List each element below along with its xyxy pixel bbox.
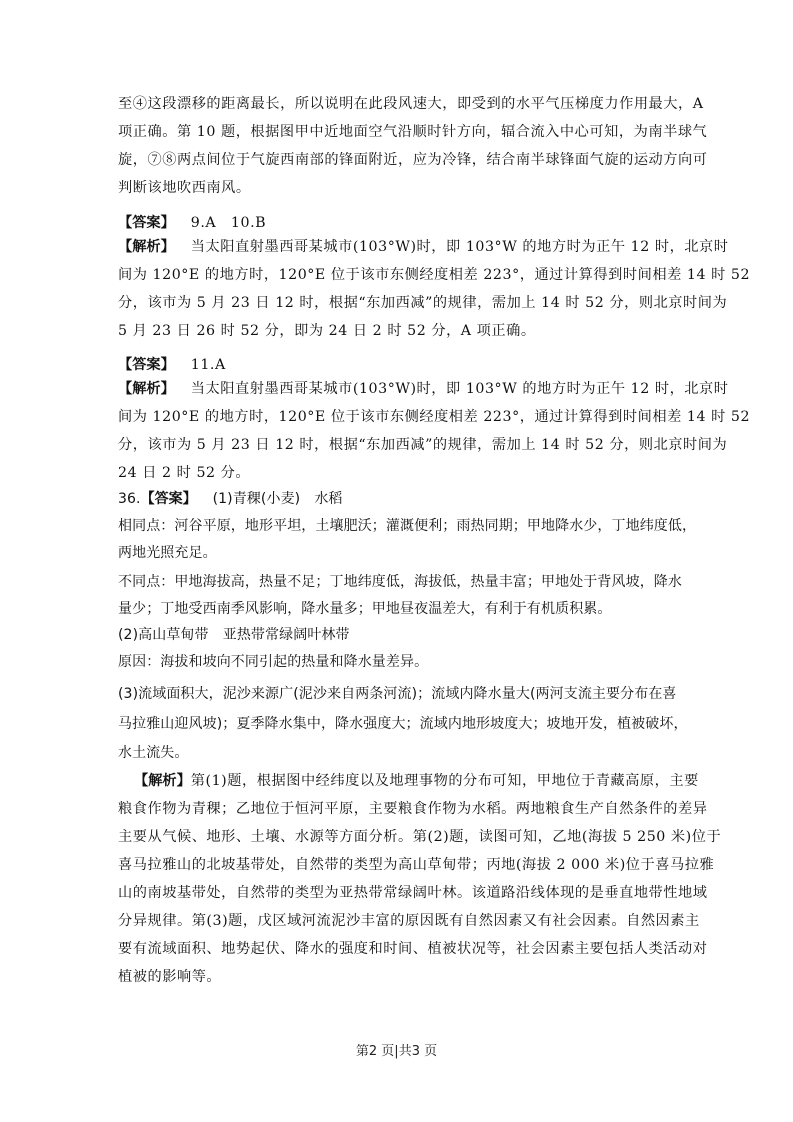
text-line: 粮食作物为青稞；乙地位于恒河平原，主要粮食作物为水稻。两地粮食生产自然条件的差异 (118, 799, 674, 819)
analysis-line: 【解析】当太阳直射墨西哥某城市(103°W)时，即 103°W 的地方时为正午 … (118, 379, 674, 399)
text-line: 旋，⑦⑧两点间位于气旋西南部的锋面附近，应为冷锋，结合南半球锋面气旋的运动方向可 (118, 150, 674, 170)
analysis-line: 【解析】当太阳直射墨西哥某城市(103°W)时，即 103°W 的地方时为正午 … (118, 237, 674, 257)
text-line: 不同点：甲地海拔高，热量不足；丁地纬度低，海拔低，热量丰富；甲地处于背风坡，降水 (118, 572, 674, 592)
text-line: 分，该市为 5 月 23 日 12 时，根据“东加西减”的规律，需加上 14 时… (118, 293, 674, 313)
text-line: 相同点：河谷平原，地形平坦，土壤肥沃；灌溉便利；雨热同期；甲地降水少，丁地纬度低… (118, 516, 674, 536)
text-line: 两地光照充足。 (118, 543, 674, 563)
analysis-tag: 【解析】 (118, 381, 175, 397)
answer-tag: 【答案】 (118, 357, 175, 373)
answer-line: 【答案】9.A 10.B (118, 213, 674, 233)
text-line: 分异规律。第(3)题，戊区域河流泥沙丰富的原因既有自然因素又有社会因素。自然因素… (118, 911, 674, 931)
text-line: 间为 120°E 的地方时，120°E 位于该市东侧经度相差 223°，通过计算… (118, 265, 674, 285)
text-line: 判断该地吹西南风。 (118, 178, 674, 198)
text-line: 分，该市为 5 月 23 日 12 时，根据“东加西减”的规律，需加上 14 时… (118, 435, 674, 455)
text-line: 主要从气候、地形、土壤、水源等方面分析。第(2)题，读图可知，乙地(海拔 5 2… (118, 827, 674, 847)
text-line: 植被的影响等。 (118, 967, 674, 987)
text-line: 项正确。第 10 题，根据图甲中近地面空气沿顺时针方向，辐合流入中心可知，为南半… (118, 122, 674, 142)
answer-tag: 【答案】 (141, 491, 197, 507)
text-line: 原因：海拔和坡向不同引起的热量和降水量差异。 (118, 652, 674, 672)
text-line: 24 日 2 时 52 分。 (118, 463, 674, 483)
answer-tag: 【答案】 (118, 215, 175, 231)
text-line: 至④这段漂移的距离最长，所以说明在此段风速大，即受到的水平气压梯度力作用最大，A (118, 94, 674, 114)
analysis-text: 第(1)题，根据图中经纬度以及地理事物的分布可知，甲地位于青藏高原，主要 (191, 773, 699, 789)
analysis-text: 当太阳直射墨西哥某城市(103°W)时，即 103°W 的地方时为正午 12 时… (191, 381, 729, 397)
answer-line: 【答案】11.A (118, 355, 674, 375)
text-line: 量少；丁地受西南季风影响，降水量多；甲地昼夜温差大，有利于有机质积累。 (118, 599, 674, 619)
text-line: 马拉雅山迎风坡)；夏季降水集中，降水强度大；流域内地形坡度大；坡地开发，植被破坏… (118, 714, 674, 734)
text-line: 水土流失。 (118, 743, 674, 763)
analysis-text: 当太阳直射墨西哥某城市(103°W)时，即 103°W 的地方时为正午 12 时… (191, 239, 729, 255)
page-footer: 第2 页|共3 页 (0, 1040, 793, 1059)
document-page: 至④这段漂移的距离最长，所以说明在此段风速大，即受到的水平气压梯度力作用最大，A… (0, 0, 793, 1122)
answer-value: 9.A 10.B (191, 215, 266, 231)
question-number: 36. (118, 491, 141, 507)
analysis-tag: 【解析】 (134, 773, 191, 789)
analysis-line: 【解析】第(1)题，根据图中经纬度以及地理事物的分布可知，甲地位于青藏高原，主要 (134, 771, 674, 791)
text-line: 喜马拉雅山的北坡基带处，自然带的类型为高山草甸带；丙地(海拔 2 000 米)位… (118, 855, 674, 875)
analysis-tag: 【解析】 (118, 239, 175, 255)
text-line: 5 月 23 日 26 时 52 分，即为 24 日 2 时 52 分，A 项正… (118, 321, 674, 341)
answer-line: 36.【答案】(1)青稞(小麦) 水稻 (118, 489, 674, 509)
text-line: 山的南坡基带处，自然带的类型为亚热带常绿阔叶林。该道路沿线体现的是垂直地带性地域 (118, 883, 674, 903)
text-line: (3)流域面积大，泥沙来源广(泥沙来自两条河流)；流域内降水量大(两河支流主要分… (118, 684, 674, 704)
answer-value: 11.A (191, 357, 226, 373)
answer-value: (1)青稞(小麦) 水稻 (213, 491, 343, 507)
text-line: 要有流域面积、地势起伏、降水的强度和时间、植被状况等，社会因素主要包括人类活动对 (118, 939, 674, 959)
text-line: (2)高山草甸带 亚热带常绿阔叶林带 (118, 625, 674, 645)
text-line: 间为 120°E 的地方时，120°E 位于该市东侧经度相差 223°，通过计算… (118, 407, 674, 427)
